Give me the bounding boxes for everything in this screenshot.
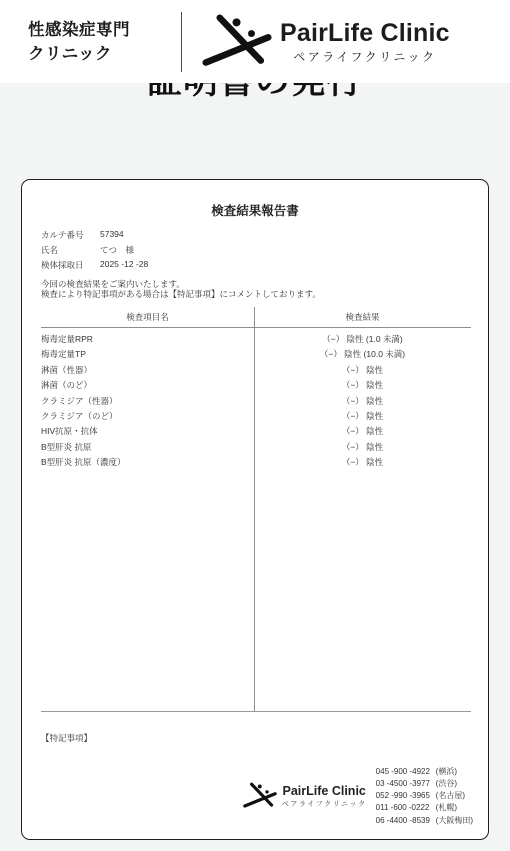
info-value: てつ 様	[100, 244, 134, 259]
info-label: カルテ番号	[41, 229, 100, 244]
header-divider	[181, 12, 182, 72]
info-value: 2025 -12 -28	[100, 259, 148, 274]
table-row: HIV抗原・抗体 （−） 陰性	[41, 425, 471, 440]
info-label: 検体採取日	[41, 259, 100, 274]
footer-brand: PairLife Clinic ペアライフクリニック	[243, 782, 367, 810]
pairlife-logo-icon	[202, 14, 272, 70]
phone-number: 03 -4500 -3977	[376, 778, 436, 790]
intro-line1: 今回の検査結果をご案内いたします。	[41, 279, 488, 289]
phone-number: 011 -600 -0222	[376, 802, 436, 814]
info-label: 氏名	[41, 244, 100, 259]
clinic-type-label: 性感染症専門 クリニック	[28, 18, 181, 66]
table-header-row: 検査項目名 検査結果	[41, 307, 471, 328]
phone-row: 045 -900 -4922 (横浜)	[376, 766, 473, 778]
test-result: （−） 陰性	[254, 379, 471, 394]
test-item-name: B型肝炎 抗原	[41, 441, 254, 456]
table-row: B型肝炎 抗原 （−） 陰性	[41, 441, 471, 456]
phone-row: 011 -600 -0222 (札幌)	[376, 802, 473, 814]
test-result: （−） 陰性 (10.0 未満)	[254, 348, 471, 363]
app-header: 性感染症専門 クリニック PairLife Clinic ペアライフクリニック	[0, 0, 510, 83]
phone-location: (大阪梅田)	[436, 815, 473, 827]
phone-number: 06 -4400 -8539	[376, 815, 436, 827]
table-column-divider	[254, 307, 255, 711]
table-row: クラミジア（性器） （−） 陰性	[41, 395, 471, 410]
footer-brand-text: PairLife Clinic ペアライフクリニック	[282, 784, 367, 809]
info-row: カルテ番号 57394	[41, 229, 488, 244]
clinic-type-line2: クリニック	[28, 42, 181, 66]
test-result: （−） 陰性	[254, 441, 471, 456]
test-item-name: クラミジア（のど）	[41, 410, 254, 425]
phone-row: 03 -4500 -3977 (渋谷)	[376, 778, 473, 790]
info-row: 氏名 てつ 様	[41, 244, 488, 259]
phone-row: 06 -4400 -8539 (大阪梅田)	[376, 815, 473, 827]
report-title: 検査結果報告書	[22, 201, 488, 219]
column-header-result: 検査結果	[254, 311, 471, 327]
test-result: （−） 陰性	[254, 410, 471, 425]
footer-brand-kana: ペアライフクリニック	[282, 799, 367, 809]
table-row: 淋菌（のど） （−） 陰性	[41, 379, 471, 394]
phone-list: 045 -900 -4922 (横浜) 03 -4500 -3977 (渋谷) …	[376, 766, 473, 827]
test-result: （−） 陰性	[254, 395, 471, 410]
phone-location: (渋谷)	[436, 778, 457, 790]
test-item-name: クラミジア（性器）	[41, 395, 254, 410]
test-item-name: 淋菌（性器）	[41, 364, 254, 379]
phone-number: 052 -990 -3965	[376, 790, 436, 802]
results-table: 検査項目名 検査結果 梅毒定量RPR （−） 陰性 (1.0 未満) 梅毒定量T…	[41, 307, 471, 712]
footer-brand-name: PairLife Clinic	[283, 784, 366, 798]
table-row: 淋菌（性器） （−） 陰性	[41, 364, 471, 379]
test-item-name: HIV抗原・抗体	[41, 425, 254, 440]
report-card: 検査結果報告書 カルテ番号 57394 氏名 てつ 様 検体採取日 2025 -…	[21, 179, 489, 840]
info-value: 57394	[100, 229, 124, 244]
phone-row: 052 -990 -3965 (名古屋)	[376, 790, 473, 802]
table-body: 梅毒定量RPR （−） 陰性 (1.0 未満) 梅毒定量TP （−） 陰性 (1…	[41, 328, 471, 472]
phone-location: (横浜)	[436, 766, 457, 778]
table-row: 梅毒定量RPR （−） 陰性 (1.0 未満)	[41, 333, 471, 348]
brand-block: PairLife Clinic ペアライフクリニック	[280, 19, 450, 65]
test-item-name: 淋菌（のど）	[41, 379, 254, 394]
info-row: 検体採取日 2025 -12 -28	[41, 259, 488, 274]
patient-info: カルテ番号 57394 氏名 てつ 様 検体採取日 2025 -12 -28	[41, 229, 488, 275]
pairlife-logo-icon	[243, 782, 277, 810]
table-row: クラミジア（のど） （−） 陰性	[41, 410, 471, 425]
intro-line2: 検査により特記事項がある場合は【特記事項】にコメントしております。	[41, 289, 488, 299]
special-notes-label: 【特記事項】	[41, 732, 92, 744]
test-result: （−） 陰性	[254, 456, 471, 471]
test-item-name: 梅毒定量TP	[41, 348, 254, 363]
card-footer: PairLife Clinic ペアライフクリニック 045 -900 -492…	[243, 766, 473, 827]
intro-text: 今回の検査結果をご案内いたします。 検査により特記事項がある場合は【特記事項】に…	[41, 279, 488, 300]
test-item-name: 梅毒定量RPR	[41, 333, 254, 348]
test-result: （−） 陰性	[254, 425, 471, 440]
phone-number: 045 -900 -4922	[376, 766, 436, 778]
table-row: B型肝炎 抗原（濃度） （−） 陰性	[41, 456, 471, 471]
phone-location: (札幌)	[436, 802, 457, 814]
test-item-name: B型肝炎 抗原（濃度）	[41, 456, 254, 471]
table-row: 梅毒定量TP （−） 陰性 (10.0 未満)	[41, 348, 471, 363]
test-result: （−） 陰性 (1.0 未満)	[254, 333, 471, 348]
phone-location: (名古屋)	[436, 790, 465, 802]
column-header-item: 検査項目名	[41, 311, 254, 327]
brand-name: PairLife Clinic	[280, 19, 450, 47]
test-result: （−） 陰性	[254, 364, 471, 379]
brand-kana: ペアライフクリニック	[293, 48, 436, 65]
clinic-type-line1: 性感染症専門	[28, 18, 181, 42]
